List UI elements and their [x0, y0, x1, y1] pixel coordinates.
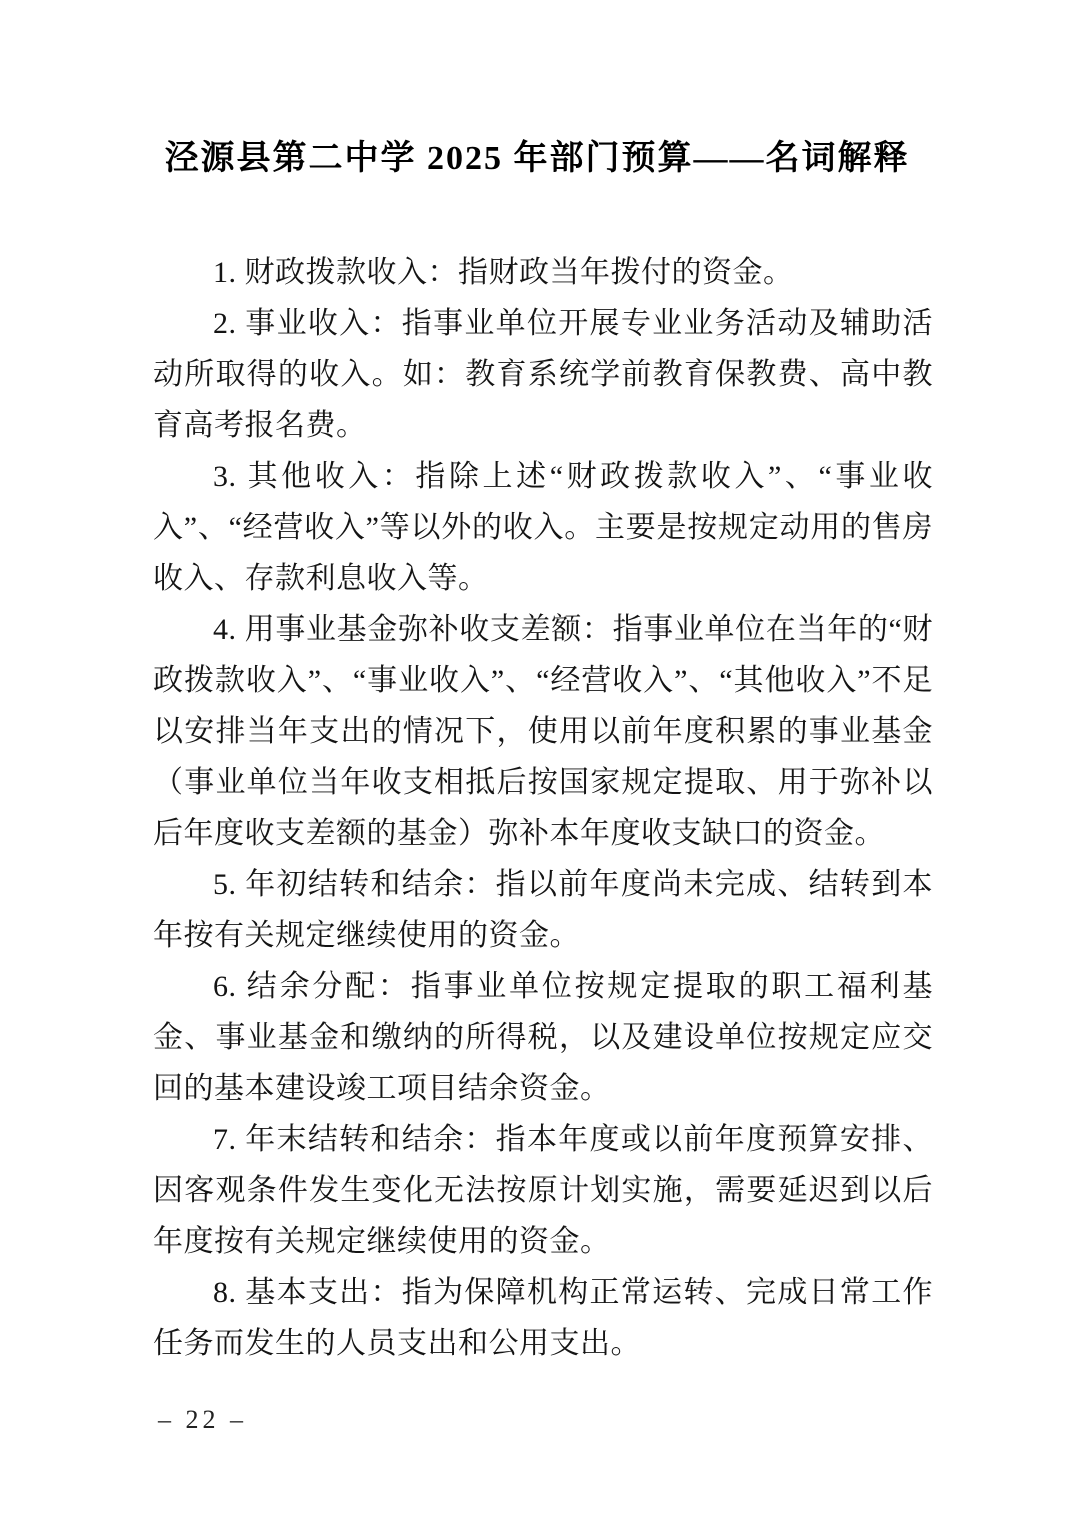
- paragraph-5: 5. 年初结转和结余：指以前年度尚未完成、结转到本年按有关规定继续使用的资金。: [153, 859, 933, 961]
- paragraph-6: 6. 结余分配：指事业单位按规定提取的职工福利基金、事业基金和缴纳的所得税，以及…: [153, 961, 933, 1114]
- document-title: 泾源县第二中学 2025 年部门预算——名词解释: [0, 130, 1074, 179]
- paragraph-3: 3. 其他收入：指除上述“财政拨款收入”、“事业收入”、“经营收入”等以外的收入…: [153, 451, 933, 604]
- paragraph-1: 1. 财政拨款收入：指财政当年拨付的资金。: [153, 247, 933, 298]
- paragraph-7: 7. 年末结转和结余：指本年度或以前年度预算安排、因客观条件发生变化无法按原计划…: [153, 1114, 933, 1267]
- paragraph-list: 1. 财政拨款收入：指财政当年拨付的资金。2. 事业收入：指事业单位开展专业业务…: [153, 247, 933, 1369]
- page-number: – 22 –: [158, 1405, 247, 1435]
- document-page: 泾源县第二中学 2025 年部门预算——名词解释 1. 财政拨款收入：指财政当年…: [0, 0, 1074, 1520]
- paragraph-2: 2. 事业收入：指事业单位开展专业业务活动及辅助活动所取得的收入。如：教育系统学…: [153, 298, 933, 451]
- paragraph-4: 4. 用事业基金弥补收支差额：指事业单位在当年的“财政拨款收入”、“事业收入”、…: [153, 604, 933, 859]
- paragraph-8: 8. 基本支出：指为保障机构正常运转、完成日常工作任务而发生的人员支出和公用支出…: [153, 1267, 933, 1369]
